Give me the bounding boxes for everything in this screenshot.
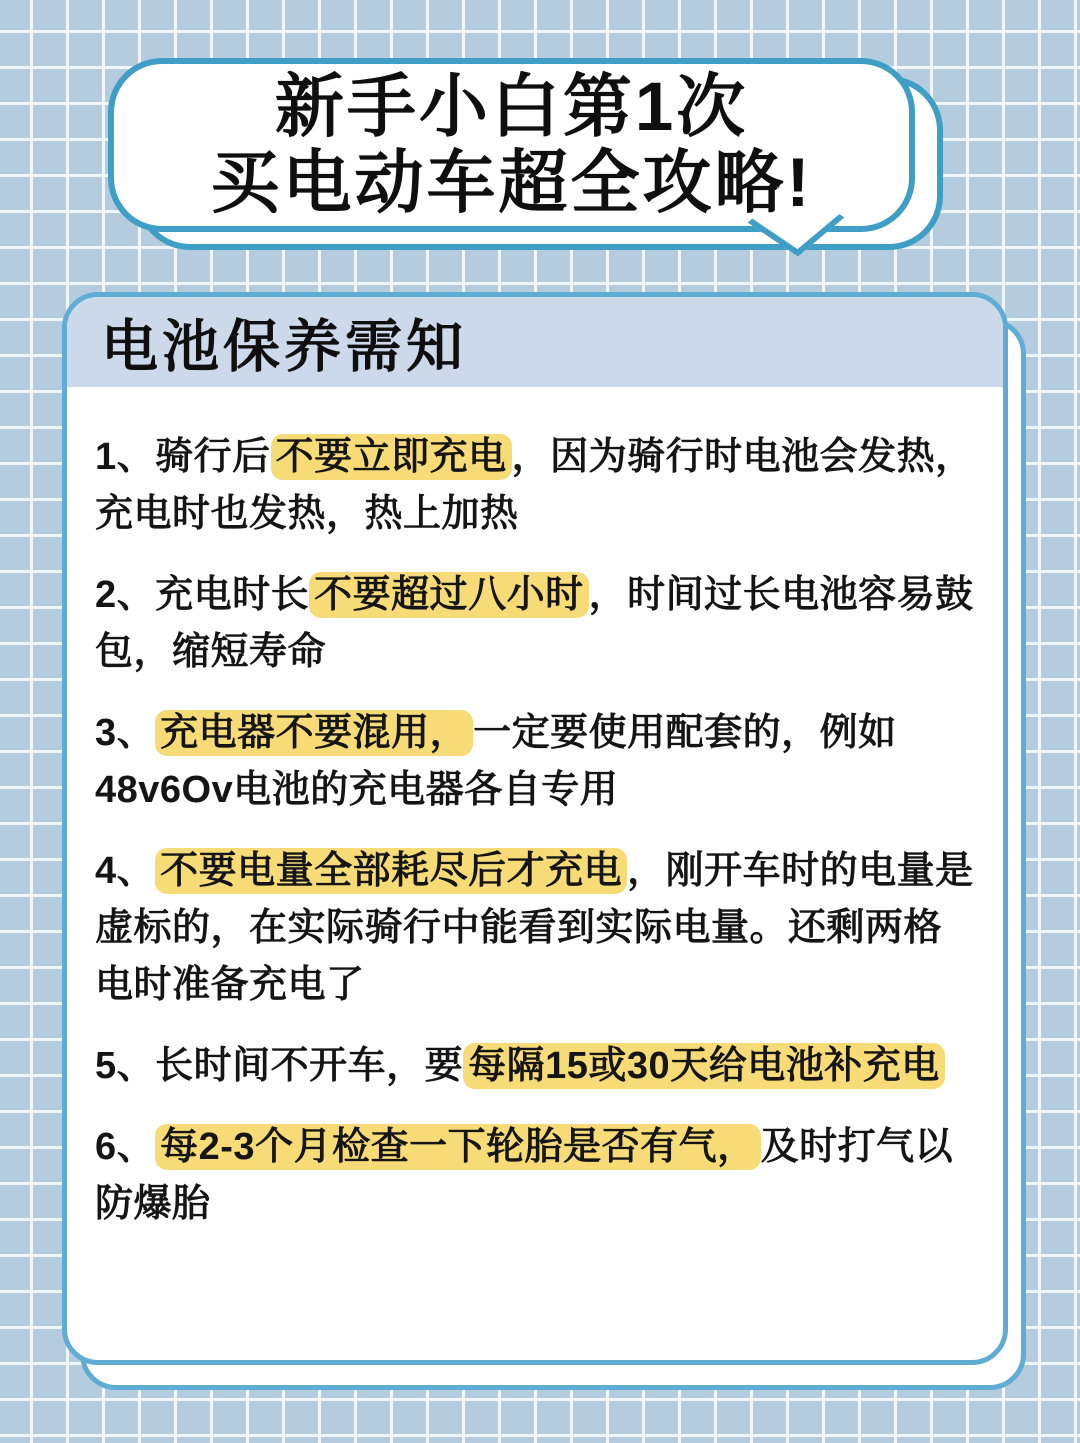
tip-text: 长时间不开车，要: [155, 1045, 463, 1087]
tips-list: 1、骑行后不要立即充电，因为骑行时电池会发热，充电时也发热，热上加热 2、充电时…: [67, 387, 1003, 1233]
tip-highlight: 每2-3个月检查一下轮胎是否有气，: [155, 1124, 760, 1170]
tip-highlight: 不要电量全部耗尽后才充电: [155, 848, 627, 894]
tip-number: 4、: [95, 850, 155, 892]
tip-item-2: 2、充电时长不要超过八小时，时间过长电池容易鼓包，缩短寿命: [95, 567, 975, 681]
tip-item-3: 3、充电器不要混用，一定要使用配套的，例如48v6Ov电池的充电器各自专用: [95, 705, 975, 819]
tip-highlight: 充电器不要混用，: [155, 710, 473, 756]
title-bubble: 新手小白第1次 买电动车超全攻略!: [108, 58, 915, 232]
tip-text: 充电时长: [155, 574, 309, 616]
tip-number: 6、: [95, 1126, 155, 1168]
title-line-1: 新手小白第1次: [275, 69, 748, 145]
content-card: 电池保养需知 1、骑行后不要立即充电，因为骑行时电池会发热，充电时也发热，热上加…: [62, 292, 1008, 1365]
tip-text: 骑行后: [155, 436, 271, 478]
tip-number: 1、: [95, 436, 155, 478]
title-line-2: 买电动车超全攻略!: [211, 145, 813, 221]
tip-highlight: 每隔15或30天给电池补充电: [463, 1043, 945, 1089]
section-header: 电池保养需知: [67, 297, 1003, 387]
tip-highlight: 不要超过八小时: [309, 572, 589, 618]
tip-number: 5、: [95, 1045, 155, 1087]
tip-item-1: 1、骑行后不要立即充电，因为骑行时电池会发热，充电时也发热，热上加热: [95, 429, 975, 543]
tip-item-5: 5、长时间不开车，要每隔15或30天给电池补充电: [95, 1038, 975, 1095]
tip-number: 3、: [95, 712, 155, 754]
section-header-title: 电池保养需知: [101, 301, 467, 383]
tip-item-6: 6、每2-3个月检查一下轮胎是否有气，及时打气以防爆胎: [95, 1119, 975, 1233]
tip-highlight: 不要立即充电: [271, 434, 512, 480]
tip-item-4: 4、不要电量全部耗尽后才充电，刚开车时的电量是虚标的，在实际骑行中能看到实际电量…: [95, 843, 975, 1014]
tip-number: 2、: [95, 574, 155, 616]
